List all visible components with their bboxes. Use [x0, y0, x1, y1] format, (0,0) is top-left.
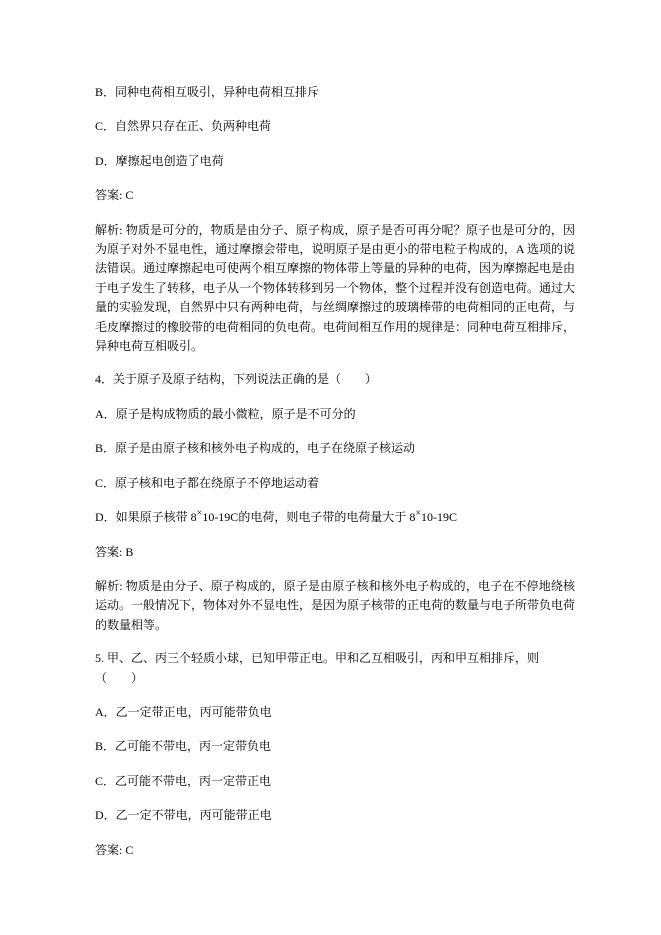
q4-analysis: 解析: 物质是由分子、原子构成的，原子是由原子核和核外电子构成的，电子在不停地绕… [95, 577, 575, 635]
q4-option-d: D．如果原子核带 8×10-19C的电荷，则电子带的电荷量大于 8×10-19C [95, 508, 575, 527]
q4-stem: 4．关于原子及原子结构，下列说法正确的是（ ） [95, 370, 575, 389]
q3-analysis: 解析: 物质是可分的，物质是由分子、原子构成，原子是否可再分呢？原子也是可分的，… [95, 221, 575, 357]
q5-option-a: A．乙一定带正电，丙可能带负电 [95, 703, 575, 722]
exam-document-page: B．同种电荷相互吸引，异种电荷相互排斥 C．自然界只存在正、负两种电荷 D．摩擦… [0, 0, 661, 935]
q4-option-a: A．原子是构成物质的最小微粒，原子是不可分的 [95, 405, 575, 424]
q5-option-b: B．乙可能不带电，丙一定带负电 [95, 737, 575, 756]
q4-option-c: C．原子核和电子都在绕原子不停地运动着 [95, 474, 575, 493]
text-segment: 10-19C [421, 510, 457, 524]
q5-stem: 5. 甲、乙、丙三个轻质小球，已知甲带正电。甲和乙互相吸引，丙和甲互相排斥，则（… [95, 649, 575, 688]
q3-option-d: D．摩擦起电创造了电荷 [95, 152, 575, 171]
q4-answer: 答案: B [95, 543, 575, 562]
q3-answer: 答案: C [95, 186, 575, 205]
q3-option-c: C．自然界只存在正、负两种电荷 [95, 117, 575, 136]
text-segment: D．如果原子核带 8 [95, 510, 197, 524]
text-segment: 10-19C的电荷，则电子带的电荷量大于 8 [202, 510, 415, 524]
q5-option-c: C．乙可能不带电，丙一定带正电 [95, 772, 575, 791]
q4-option-b: B．原子是由原子核和核外电子构成的，电子在绕原子核运动 [95, 439, 575, 458]
q3-option-b: B．同种电荷相互吸引，异种电荷相互排斥 [95, 83, 575, 102]
q5-answer: 答案: C [95, 841, 575, 860]
q5-option-d: D．乙一定不带电，丙可能带正电 [95, 806, 575, 825]
